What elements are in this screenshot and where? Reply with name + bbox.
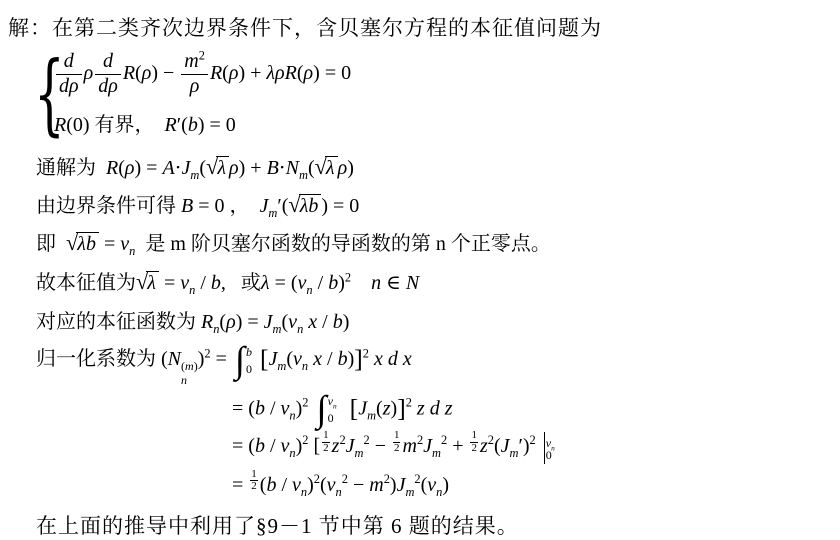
- square-root: √λb: [288, 195, 321, 217]
- superscript: 2: [384, 472, 390, 486]
- integral-sign: ∫: [235, 345, 245, 376]
- superscript: 2: [406, 396, 412, 410]
- subscript: n: [289, 446, 295, 460]
- superscript: 2: [302, 396, 308, 410]
- math-italic: x: [374, 348, 383, 370]
- math-italic: x: [403, 348, 412, 370]
- math-italic: J: [358, 397, 367, 419]
- denominator: 2: [250, 481, 258, 493]
- math-italic: J: [346, 435, 355, 457]
- math-italic: v: [292, 474, 301, 496]
- math-italic: n: [181, 373, 187, 387]
- math-italic: R: [165, 114, 177, 136]
- superscript: 2: [345, 270, 351, 284]
- square-root: √λ: [206, 157, 229, 179]
- superscript: 2: [302, 434, 308, 448]
- math-italic: b: [255, 435, 265, 457]
- subscript: m: [273, 322, 282, 336]
- superscript: 2: [414, 472, 420, 486]
- subscript: n: [436, 485, 442, 499]
- radicand: λ: [216, 156, 229, 179]
- math-italic: z: [383, 397, 391, 419]
- math-italic: λ: [261, 272, 270, 294]
- math-italic: m: [369, 474, 383, 496]
- math-italic: d: [64, 50, 74, 72]
- big-bracket: [: [350, 393, 359, 422]
- math-italic: b: [338, 348, 348, 370]
- math-italic: N: [286, 157, 299, 179]
- lower-limit: 0: [328, 412, 337, 424]
- square-root: √λ: [315, 157, 338, 179]
- upper-limit: vn: [328, 395, 337, 407]
- subscript: n: [306, 283, 312, 297]
- math-italic: ρ: [125, 157, 135, 179]
- math-italic: d: [103, 50, 113, 72]
- math-italic: m: [402, 435, 416, 457]
- square-root: √λb: [66, 233, 99, 255]
- math-italic: R: [106, 157, 118, 179]
- radicand: λ: [146, 271, 159, 294]
- math-italic: v: [327, 474, 336, 496]
- superscript: 2: [441, 434, 447, 448]
- integral: ∫vn0: [316, 394, 336, 425]
- math-italic: b: [246, 345, 252, 359]
- math-italic: λρR: [266, 63, 296, 85]
- subscript: n: [213, 322, 219, 336]
- math-italic: J: [501, 435, 510, 457]
- superscript: 2: [314, 472, 320, 486]
- denominator: dρ: [95, 75, 121, 98]
- fraction: 12: [470, 430, 478, 454]
- fraction: ddρ: [95, 51, 121, 97]
- math-italic: ν: [180, 272, 189, 294]
- eigenfunction-line: 对应的本征函数为 Rn(ρ) = Jm(vn x / b): [36, 305, 840, 334]
- fraction: 12: [322, 430, 330, 454]
- integral-sign: ∫: [316, 394, 326, 425]
- subscript: m: [268, 206, 277, 220]
- equation-system: { ddρρddρR(ρ) − m2ρR(ρ) + λρR(ρ) = 0 R(0…: [34, 50, 840, 138]
- radicand: λb: [299, 194, 322, 217]
- math-italic: b: [188, 114, 198, 136]
- math-italic: R: [123, 63, 135, 85]
- fraction: 12: [250, 469, 258, 493]
- system-equations: ddρρddρR(ρ) − m2ρR(ρ) + λρR(ρ) = 0 R(0) …: [54, 51, 351, 136]
- subscript: n: [289, 408, 295, 422]
- big-bracket: ]: [397, 393, 406, 422]
- subscript: n: [129, 244, 135, 258]
- math-italic: λ: [326, 157, 335, 179]
- superscript: 2: [342, 472, 348, 486]
- subscript: m: [432, 446, 441, 460]
- intro-line: 解：在第二类齐次边界条件下，含贝塞尔方程的本征值问题为: [8, 12, 840, 42]
- subscript: n: [333, 402, 337, 411]
- big-bracket: [: [260, 344, 269, 373]
- math-italic: b: [333, 311, 343, 333]
- math-italic: ρ: [142, 63, 152, 85]
- math-italic: ρ: [84, 63, 94, 85]
- fraction: m2ρ: [181, 51, 208, 97]
- sup-sub-stack: (m)n: [181, 360, 198, 388]
- subscript: n: [336, 485, 342, 499]
- subscript: m: [299, 168, 308, 182]
- math-italic: z: [417, 397, 425, 419]
- subscript: m: [190, 168, 199, 182]
- math-italic: m: [185, 359, 194, 373]
- math-italic: λb: [300, 195, 319, 217]
- subscript: m: [367, 408, 376, 422]
- lower-limit: 0: [546, 449, 555, 461]
- denominator: 2: [322, 443, 330, 455]
- math-italic: dρ: [98, 75, 118, 97]
- normalization-line-1: 归一化系数为 (N(m)n)2 = ∫b0 [Jm(vn x / b)]2 x …: [36, 342, 840, 388]
- math-italic: λ: [147, 272, 156, 294]
- integral-limits: vn0: [327, 394, 337, 425]
- math-italic: d: [430, 397, 440, 419]
- stack-sub: n: [181, 374, 187, 388]
- subscript: m: [277, 359, 286, 373]
- numerator: d: [95, 51, 121, 75]
- numerator: m2: [181, 51, 208, 75]
- math-italic: v: [427, 474, 436, 496]
- superscript: 2: [199, 49, 205, 63]
- bessel-equation-line: ddρρddρR(ρ) − m2ρR(ρ) + λρR(ρ) = 0: [54, 51, 351, 97]
- superscript: 2: [530, 434, 536, 448]
- integral: ∫b0: [235, 345, 252, 376]
- radicand: λ: [325, 156, 338, 179]
- math-italic: z: [480, 435, 488, 457]
- math-italic: R: [210, 63, 222, 85]
- math-italic: b: [266, 474, 276, 496]
- solution-document: 解：在第二类齐次边界条件下，含贝塞尔方程的本征值问题为 { ddρρddρR(ρ…: [0, 0, 840, 540]
- math-italic: b: [211, 272, 221, 294]
- math-italic: N: [168, 348, 181, 370]
- subscript: m: [355, 446, 364, 460]
- denominator: 2: [470, 443, 478, 455]
- math-italic: v: [288, 311, 297, 333]
- zero-point-line: 即 √λb = νn 是 m 阶贝塞尔函数的导函数的第 n 个正零点。: [36, 227, 840, 256]
- bar-limits: vn0: [545, 436, 555, 459]
- square-root: √λ: [136, 272, 159, 294]
- left-brace: {: [34, 50, 51, 138]
- math-italic: ρ: [190, 75, 200, 97]
- normalization-line-2: = (b / vn)2 ∫vn0 [Jm(z)]2 z d z: [232, 394, 840, 425]
- math-italic: ρ: [304, 63, 314, 85]
- normalization-line-3: = (b / vn)2 [12z2Jm2 − 12m2Jm2 + 12z2(Jm…: [232, 430, 840, 463]
- math-italic: m: [184, 50, 198, 72]
- math-italic: x: [308, 311, 317, 333]
- math-italic: N: [406, 272, 419, 294]
- subscript: n: [297, 322, 303, 336]
- math-italic: ν: [120, 233, 129, 255]
- math-italic: ρ: [229, 63, 239, 85]
- fraction: 12: [393, 430, 401, 454]
- superscript: 2: [363, 346, 369, 360]
- subscript: n: [302, 359, 308, 373]
- subscript: n: [301, 485, 307, 499]
- evaluation-bar: vn0: [544, 432, 555, 464]
- math-italic: B: [181, 195, 193, 217]
- boundary-result-line: 由边界条件可得 B = 0 ， Jm′(√λb) = 0: [36, 189, 840, 218]
- normalization-line-4: = 12(b / vn)2(vn2 − m2)Jm2(vn): [232, 469, 840, 497]
- big-bracket: ]: [354, 344, 363, 373]
- superscript: 2: [364, 434, 370, 448]
- math-italic: J: [264, 311, 273, 333]
- math-italic: b: [255, 397, 265, 419]
- math-italic: λ: [217, 157, 226, 179]
- subscript: n: [189, 283, 195, 297]
- integral-limits: b0: [245, 345, 252, 376]
- math-italic: b: [328, 272, 338, 294]
- denominator: ρ: [181, 75, 208, 98]
- upper-limit: b: [246, 346, 252, 358]
- math-italic: n: [371, 272, 381, 294]
- conclusion-line: 在上面的推导中利用了§9－1 节中第 6 题的结果。: [36, 510, 840, 540]
- radicand: λb: [76, 232, 99, 255]
- stack-sup: (m): [181, 360, 198, 374]
- math-italic: λb: [77, 233, 96, 255]
- math-italic: B: [267, 157, 279, 179]
- math-italic: v: [293, 348, 302, 370]
- subscript: m: [405, 485, 414, 499]
- superscript: 2: [204, 346, 210, 360]
- math-italic: ρ: [338, 157, 348, 179]
- denominator: 2: [393, 443, 401, 455]
- eigenvalue-line: 故本征值为√λ = νn / b, 或λ = (νn / b)2 n ∈ N: [36, 266, 840, 295]
- math-italic: R: [201, 311, 213, 333]
- lower-limit: 0: [246, 363, 252, 375]
- math-italic: d: [388, 348, 398, 370]
- math-italic: x: [313, 348, 322, 370]
- math-italic: J: [423, 435, 432, 457]
- general-solution-line: 通解为 R(ρ) = A⋅Jm(√λρ) + B⋅Nm(√λρ): [36, 151, 840, 180]
- math-italic: ρ: [229, 157, 239, 179]
- math-italic: z: [445, 397, 453, 419]
- superscript: 2: [488, 434, 494, 448]
- math-italic: ρ: [226, 311, 236, 333]
- math-italic: A: [162, 157, 174, 179]
- boundary-condition-line: R(0) 有界， R′(b) = 0: [54, 108, 351, 137]
- subscript: m: [510, 446, 519, 460]
